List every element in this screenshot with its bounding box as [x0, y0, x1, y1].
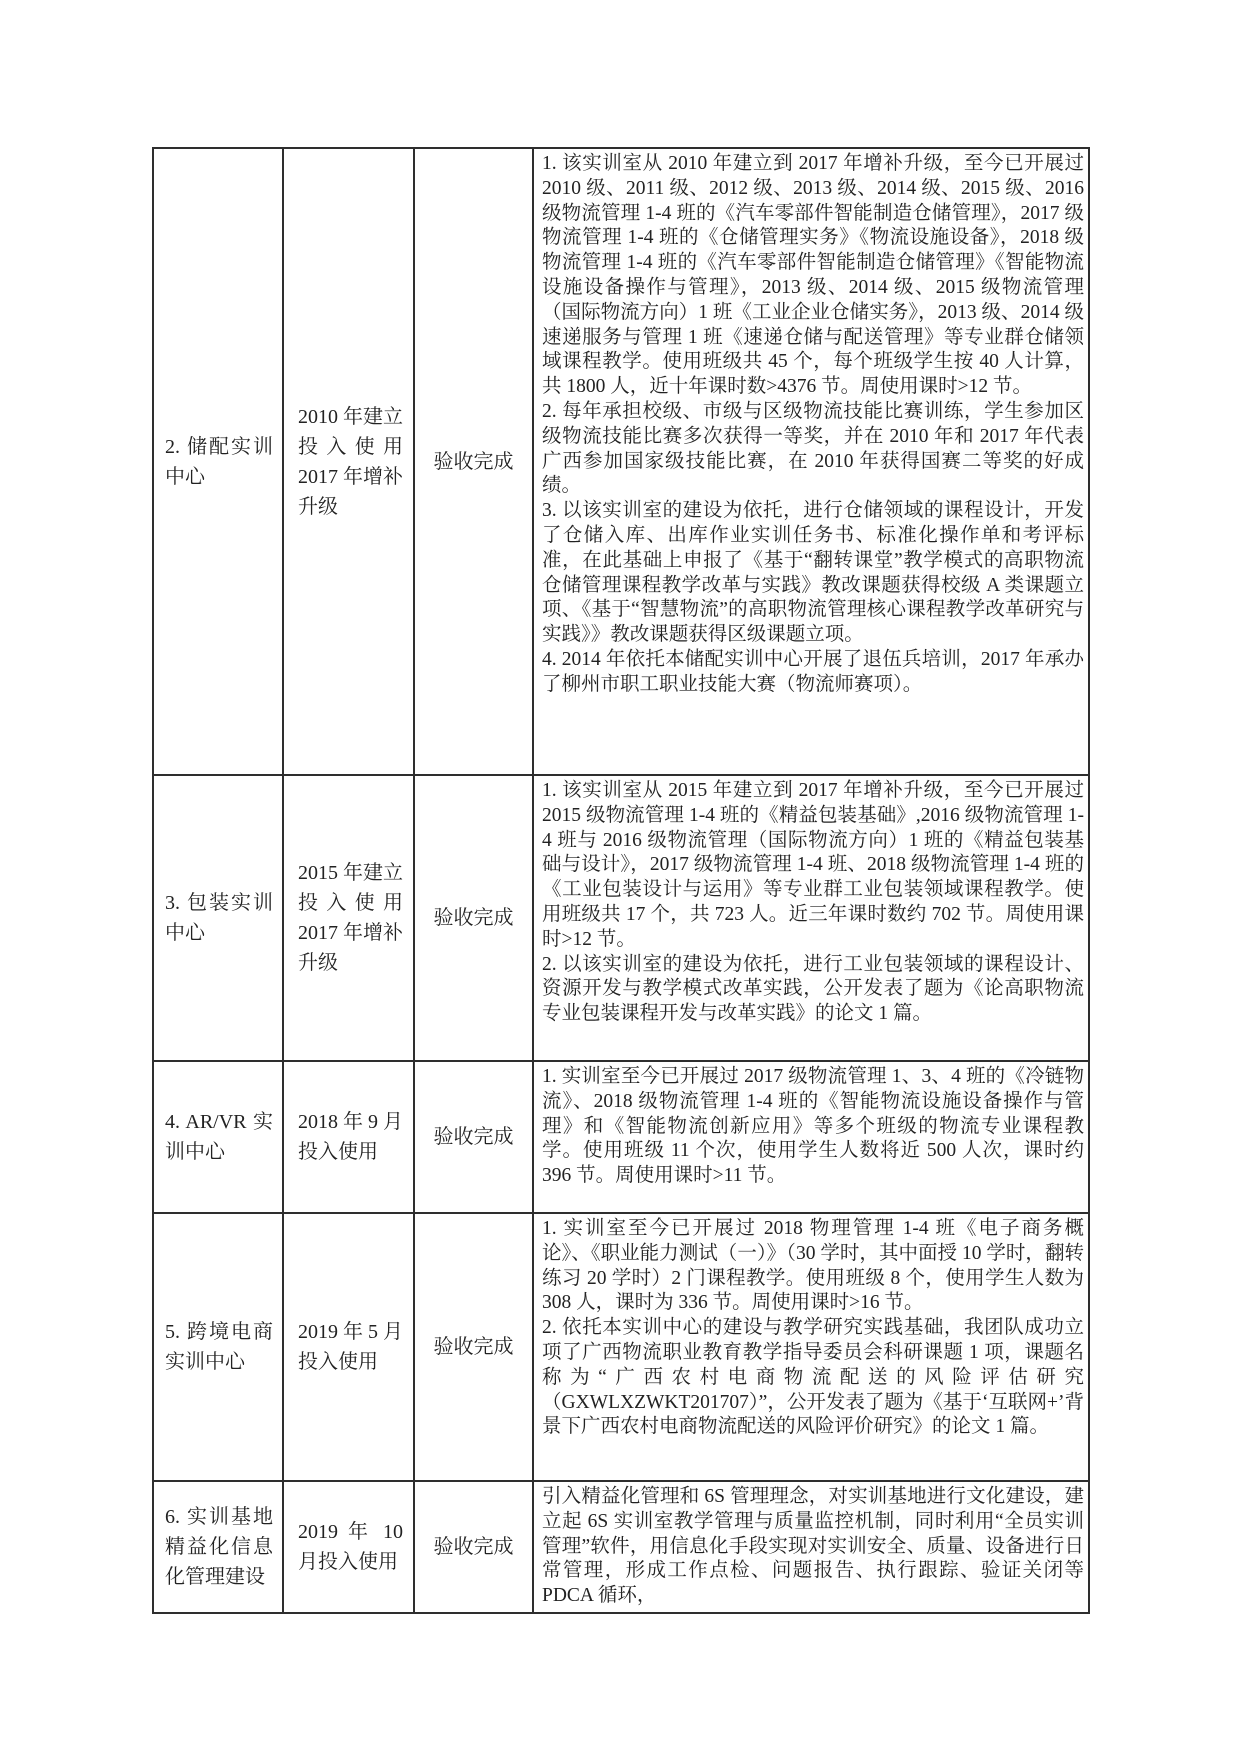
- description-paragraph: 1. 该实训室从 2010 年建立到 2017 年增补升级，至今已开展过 201…: [542, 152, 1084, 400]
- center-description: 1. 该实训室从 2015 年建立到 2017 年增补升级，至今已开展过 201…: [533, 775, 1089, 1061]
- center-status: 验收完成: [414, 775, 533, 1061]
- table-row: 6. 实训基地精益化信息化管理建设 2019 年 10 月投入使用 验收完成 引…: [153, 1481, 1089, 1613]
- description-paragraph: 2. 每年承担校级、市级与区级物流技能比赛训练，学生参加区级物流技能比赛多次获得…: [542, 400, 1084, 499]
- center-description: 引入精益化管理和 6S 管理理念，对实训基地进行文化建设，建立起 6S 实训室教…: [533, 1481, 1089, 1613]
- center-name: 3. 包装实训中心: [153, 775, 283, 1061]
- center-description: 1. 实训室至今已开展过 2018 物理管理 1-4 班《电子商务概论》、《职业…: [533, 1213, 1089, 1481]
- table-row: 4. AR/VR 实训中心 2018 年 9 月投入使用 验收完成 1. 实训室…: [153, 1061, 1089, 1213]
- table-row: 3. 包装实训中心 2015 年建立投入使用 2017 年增补升级 验收完成 1…: [153, 775, 1089, 1061]
- center-name: 5. 跨境电商实训中心: [153, 1213, 283, 1481]
- description-paragraph: 1. 实训室至今已开展过 2018 物理管理 1-4 班《电子商务概论》、《职业…: [542, 1217, 1084, 1316]
- description-paragraph: 4. 2014 年依托本储配实训中心开展了退伍兵培训，2017 年承办了柳州市职…: [542, 648, 1084, 698]
- center-status: 验收完成: [414, 1061, 533, 1213]
- center-build-date: 2019 年 10 月投入使用: [283, 1481, 414, 1613]
- description-paragraph: 1. 实训室至今已开展过 2017 级物流管理 1、3、4 班的《冷链物流》、2…: [542, 1065, 1084, 1189]
- table-row: 2. 储配实训中心 2010 年建立投入使用 2017 年增补升级 验收完成 1…: [153, 148, 1089, 775]
- center-status: 验收完成: [414, 1213, 533, 1481]
- center-build-date: 2015 年建立投入使用 2017 年增补升级: [283, 775, 414, 1061]
- center-description: 1. 该实训室从 2010 年建立到 2017 年增补升级，至今已开展过 201…: [533, 148, 1089, 775]
- description-paragraph: 2. 以该实训室的建设为依托，进行工业包装领域的课程设计、资源开发与教学模式改革…: [542, 953, 1084, 1027]
- description-paragraph: 1. 该实训室从 2015 年建立到 2017 年增补升级，至今已开展过 201…: [542, 779, 1084, 953]
- center-name: 2. 储配实训中心: [153, 148, 283, 775]
- training-centers-table: 2. 储配实训中心 2010 年建立投入使用 2017 年增补升级 验收完成 1…: [152, 147, 1090, 1614]
- center-name: 4. AR/VR 实训中心: [153, 1061, 283, 1213]
- description-paragraph: 引入精益化管理和 6S 管理理念，对实训基地进行文化建设，建立起 6S 实训室教…: [542, 1485, 1084, 1609]
- description-paragraph: 2. 依托本实训中心的建设与教学研究实践基础，我团队成功立项了广西物流职业教育教…: [542, 1316, 1084, 1440]
- description-paragraph: 3. 以该实训室的建设为依托，进行仓储领域的课程设计，开发了仓储入库、出库作业实…: [542, 499, 1084, 648]
- center-name: 6. 实训基地精益化信息化管理建设: [153, 1481, 283, 1613]
- center-build-date: 2010 年建立投入使用 2017 年增补升级: [283, 148, 414, 775]
- table-row: 5. 跨境电商实训中心 2019 年 5 月投入使用 验收完成 1. 实训室至今…: [153, 1213, 1089, 1481]
- center-status: 验收完成: [414, 1481, 533, 1613]
- center-build-date: 2018 年 9 月投入使用: [283, 1061, 414, 1213]
- center-status: 验收完成: [414, 148, 533, 775]
- center-build-date: 2019 年 5 月投入使用: [283, 1213, 414, 1481]
- center-description: 1. 实训室至今已开展过 2017 级物流管理 1、3、4 班的《冷链物流》、2…: [533, 1061, 1089, 1213]
- document-page: 2. 储配实训中心 2010 年建立投入使用 2017 年增补升级 验收完成 1…: [0, 0, 1240, 1754]
